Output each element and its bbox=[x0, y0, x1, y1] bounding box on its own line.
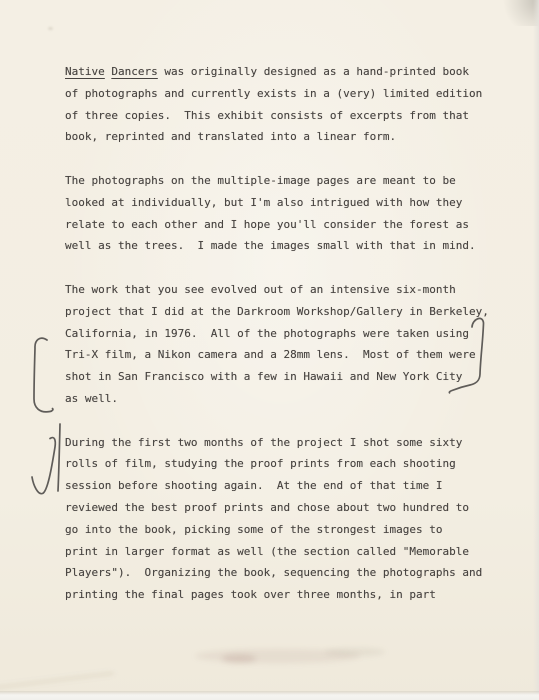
typed-segment: rolls of film, studying the proof prints… bbox=[65, 457, 456, 470]
typed-segment: project that I did at the Darkroom Works… bbox=[65, 305, 489, 318]
typed-text: Native Dancers was originally designed a… bbox=[65, 61, 489, 628]
typed-line: California, in 1976. All of the photogra… bbox=[65, 323, 489, 345]
typed-line: of three copies. This exhibit consists o… bbox=[65, 105, 489, 127]
bottom-smudge bbox=[195, 649, 360, 663]
typed-segment: shot in San Francisco with a few in Hawa… bbox=[65, 370, 462, 383]
typed-line: well as the trees. I made the images sma… bbox=[65, 235, 489, 257]
bottom-smudge-dots bbox=[325, 648, 385, 656]
typed-segment: of photographs and currently exists in a… bbox=[65, 87, 482, 100]
typed-line: shot in San Francisco with a few in Hawa… bbox=[65, 366, 489, 388]
typed-line: Tri-X film, a Nikon camera and a 28mm le… bbox=[65, 344, 489, 366]
typed-segment: During the first two months of the proje… bbox=[65, 436, 462, 449]
typed-segment: Tri-X film, a Nikon camera and a 28mm le… bbox=[65, 348, 476, 361]
typed-line: printing the final pages took over three… bbox=[65, 584, 489, 606]
typed-segment: go into the book, picking some of the st… bbox=[65, 523, 443, 536]
typed-segment: The photographs on the multiple-image pa… bbox=[65, 174, 456, 187]
typed-segment: of three copies. This exhibit consists o… bbox=[65, 109, 469, 122]
typed-segment: as well. bbox=[65, 392, 118, 405]
paper-right-edge bbox=[533, 0, 539, 700]
bottom-smudge-blob bbox=[222, 654, 256, 663]
underlined-title-word: Native bbox=[65, 65, 105, 78]
typed-line: reviewed the best proof prints and chose… bbox=[65, 497, 489, 519]
typed-segment: looked at individually, but I'm also int… bbox=[65, 196, 462, 209]
typed-line: of photographs and currently exists in a… bbox=[65, 83, 489, 105]
left-margin-bracket-mark bbox=[34, 338, 53, 412]
typed-line: relate to each other and I hope you'll c… bbox=[65, 214, 489, 236]
paragraph-1: Native Dancers was originally designed a… bbox=[65, 61, 489, 148]
paper-crease bbox=[0, 672, 114, 690]
typed-line: session before shooting again. At the en… bbox=[65, 475, 489, 497]
typed-segment: print in larger format as well (the sect… bbox=[65, 545, 469, 558]
typed-line: go into the book, picking some of the st… bbox=[65, 519, 489, 541]
typed-line: print in larger format as well (the sect… bbox=[65, 541, 489, 563]
underlined-title-word: Dancers bbox=[111, 65, 157, 78]
typewritten-page: { "page": { "kind": "typewritten exhibit… bbox=[0, 0, 539, 700]
typed-segment: well as the trees. I made the images sma… bbox=[65, 239, 476, 252]
typed-line: book, reprinted and translated into a li… bbox=[65, 126, 489, 148]
typed-line: Players"). Organizing the book, sequenci… bbox=[65, 562, 489, 584]
typed-line: project that I did at the Darkroom Works… bbox=[65, 301, 489, 323]
paper-bottom-edge bbox=[0, 691, 539, 700]
paper-speck bbox=[48, 27, 53, 30]
margin-checkmark-line bbox=[58, 424, 60, 491]
typed-line: During the first two months of the proje… bbox=[65, 432, 489, 454]
typed-line: The photographs on the multiple-image pa… bbox=[65, 170, 489, 192]
paragraph-4: During the first two months of the proje… bbox=[65, 432, 489, 606]
typed-line: as well. bbox=[65, 388, 489, 410]
typed-segment: book, reprinted and translated into a li… bbox=[65, 130, 396, 143]
paragraph-3: The work that you see evolved out of an … bbox=[65, 279, 489, 410]
typed-line: looked at individually, but I'm also int… bbox=[65, 192, 489, 214]
typed-segment: session before shooting again. At the en… bbox=[65, 479, 443, 492]
typed-segment: was originally designed as a hand-printe… bbox=[158, 65, 469, 78]
typed-segment: California, in 1976. All of the photogra… bbox=[65, 327, 469, 340]
typed-segment: Players"). Organizing the book, sequenci… bbox=[65, 566, 482, 579]
typed-line: rolls of film, studying the proof prints… bbox=[65, 453, 489, 475]
typed-segment: printing the final pages took over three… bbox=[65, 588, 436, 601]
typed-segment: reviewed the best proof prints and chose… bbox=[65, 501, 469, 514]
typed-line: Native Dancers was originally designed a… bbox=[65, 61, 489, 83]
typed-segment: The work that you see evolved out of an … bbox=[65, 283, 456, 296]
paragraph-2: The photographs on the multiple-image pa… bbox=[65, 170, 489, 257]
page-corner-shadow bbox=[487, 0, 539, 26]
typed-segment: relate to each other and I hope you'll c… bbox=[65, 218, 469, 231]
typed-line: The work that you see evolved out of an … bbox=[65, 279, 489, 301]
margin-checkmark-swoosh bbox=[32, 438, 55, 494]
